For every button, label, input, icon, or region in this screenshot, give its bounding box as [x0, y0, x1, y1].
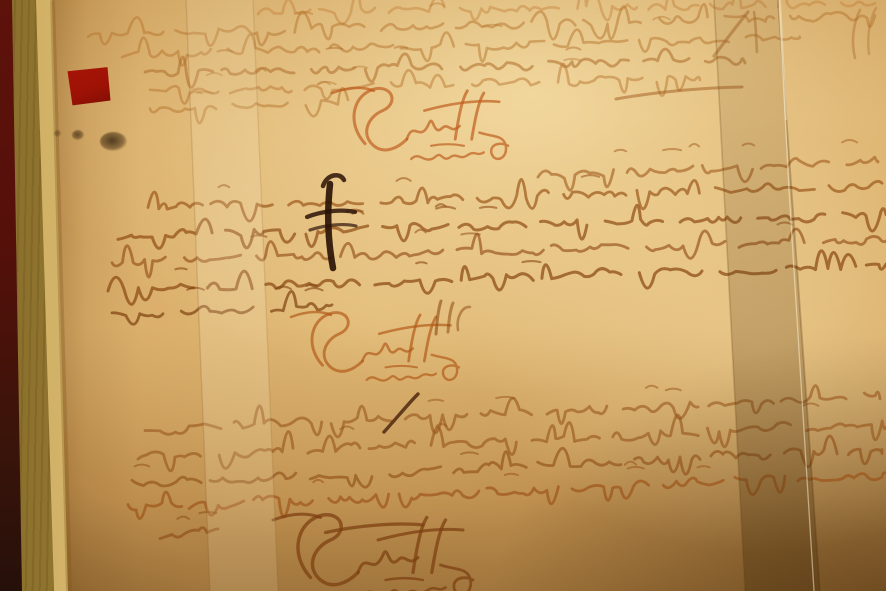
abbreviation-mark [615, 150, 627, 152]
signature-stroke [363, 588, 446, 591]
signature-stroke [411, 152, 484, 159]
signature-stroke [407, 121, 460, 139]
signature-stroke [312, 313, 362, 372]
abbreviation-mark [340, 426, 353, 429]
signature-stroke [431, 144, 464, 146]
abbreviation-mark [842, 140, 857, 142]
script-line [538, 157, 878, 190]
signature-stroke [362, 344, 412, 361]
signature-stroke [354, 88, 407, 150]
abbreviation-mark [690, 144, 700, 147]
abbreviation-mark [306, 288, 323, 290]
abbreviation-mark [582, 175, 599, 177]
abbreviation-mark [313, 480, 323, 482]
abbreviation-mark [327, 48, 343, 49]
signature-stroke [386, 578, 424, 580]
manuscript-photo [0, 0, 886, 591]
abbreviation-mark [646, 386, 658, 388]
signature-stroke [358, 552, 418, 573]
abbreviation-mark [415, 230, 425, 233]
abbreviation-mark [416, 262, 426, 263]
abbreviation-mark [480, 207, 496, 208]
abbreviation-mark [353, 66, 367, 67]
abbreviation-mark [564, 59, 580, 60]
abbreviation-mark [177, 517, 189, 519]
abbreviation-mark [496, 397, 514, 398]
abbreviation-mark [461, 233, 480, 234]
signature-stroke [367, 374, 436, 381]
abbreviation-mark [663, 149, 681, 150]
abbreviation-mark [430, 3, 444, 6]
abbreviation-mark [666, 389, 681, 391]
pen-mark [384, 394, 418, 432]
bold-initial [323, 175, 344, 186]
abbreviation-mark [397, 178, 411, 181]
pen-mark [436, 301, 441, 334]
signature-stroke [298, 515, 358, 585]
handwriting-svg [0, 0, 886, 591]
abbreviation-mark [698, 466, 710, 467]
abbreviation-mark [628, 467, 644, 469]
abbreviation-mark [523, 261, 541, 262]
signature-stroke [386, 366, 418, 368]
abbreviation-mark [436, 207, 455, 209]
signature-flourish [273, 514, 473, 591]
abbreviation-mark [276, 287, 291, 290]
abbreviation-mark [436, 424, 446, 426]
abbreviation-mark [429, 400, 444, 401]
pen-mark [458, 307, 470, 330]
signature-flourish [291, 312, 459, 381]
signature-stroke [479, 133, 508, 159]
signature-stroke [432, 355, 459, 380]
abbreviation-mark [625, 462, 636, 465]
abbreviation-mark [175, 268, 186, 269]
pen-mark [448, 303, 453, 332]
signature-flourish [332, 88, 508, 160]
abbreviation-mark [461, 452, 478, 454]
abbreviation-mark [566, 48, 580, 50]
abbreviation-mark [505, 474, 518, 475]
abbreviation-mark [135, 465, 150, 467]
